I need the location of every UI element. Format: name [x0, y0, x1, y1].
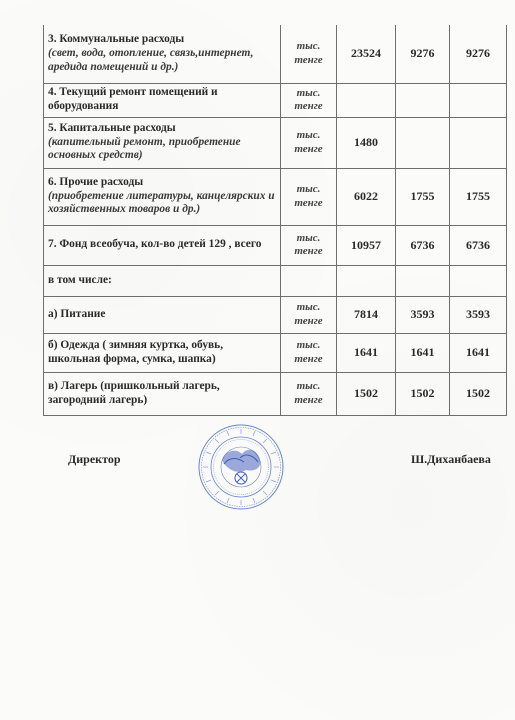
value-cell-1: 1480: [337, 117, 396, 168]
unit-line: тыс.: [297, 129, 321, 141]
value-cell-1: 1641: [337, 333, 396, 372]
value-cell-1: [337, 83, 396, 117]
value-cell-3: 6736: [450, 225, 507, 265]
value-cell-2: 1755: [396, 168, 450, 225]
table-row: 4. Текущий ремонт помещений и оборудован…: [44, 83, 507, 117]
row-label: 6. Прочие расходы (приобретение литерату…: [44, 168, 281, 225]
expense-table: 3. Коммунальные расходы (свет, вода, ото…: [43, 25, 507, 416]
value-cell-1: 7814: [337, 296, 396, 333]
unit-cell: тыс.тенге: [281, 25, 337, 83]
official-seal-icon: [196, 422, 286, 512]
unit-line: тенге: [294, 197, 322, 209]
value-cell-3: 1755: [450, 168, 507, 225]
row-label: а) Питание: [44, 296, 281, 333]
value-cell-2: 1502: [396, 372, 450, 415]
row-subtitle: (капительный ремонт, приобретение основн…: [48, 136, 276, 164]
value-cell-3: 1502: [450, 372, 507, 415]
value-cell-2: 6736: [396, 225, 450, 265]
value-cell-3: [450, 265, 507, 296]
unit-cell: тыс.тенге: [281, 372, 337, 415]
value-cell-2: 9276: [396, 25, 450, 83]
unit-line: тыс.: [297, 301, 321, 313]
director-name: Ш.Диханбаева: [411, 452, 491, 467]
unit-line: тенге: [294, 394, 322, 406]
value-cell-1: 6022: [337, 168, 396, 225]
table-row: 7. Фонд всеобуча, кол-во детей 129 , все…: [44, 225, 507, 265]
unit-cell: тыс.тенге: [281, 225, 337, 265]
unit-line: тенге: [294, 143, 322, 155]
unit-line: тыс.: [297, 40, 321, 52]
value-cell-1: 10957: [337, 225, 396, 265]
value-cell-3: 9276: [450, 25, 507, 83]
unit-line: тенге: [294, 245, 322, 257]
unit-line: тенге: [294, 315, 322, 327]
value-cell-2: 3593: [396, 296, 450, 333]
row-title: в) Лагерь (пришкольный лагерь, загородни…: [48, 380, 276, 408]
unit-cell: тыс.тенге: [281, 168, 337, 225]
unit-line: тыс.: [297, 87, 321, 99]
value-cell-3: [450, 83, 507, 117]
row-title: 3. Коммунальные расходы: [48, 33, 276, 47]
unit-cell: [281, 265, 337, 296]
value-cell-2: [396, 83, 450, 117]
unit-line: тенге: [294, 353, 322, 365]
director-label: Директор: [68, 452, 121, 467]
row-title: а) Питание: [48, 308, 276, 322]
value-cell-1: 1502: [337, 372, 396, 415]
unit-line: тыс.: [297, 380, 321, 392]
table-row: а) Питание тыс.тенге 7814 3593 3593: [44, 296, 507, 333]
unit-line: тенге: [294, 100, 322, 112]
row-title: 7. Фонд всеобуча, кол-во детей 129 , все…: [48, 238, 276, 252]
value-cell-2: 1641: [396, 333, 450, 372]
value-cell-3: 3593: [450, 296, 507, 333]
row-label: 5. Капитальные расходы (капительный ремо…: [44, 117, 281, 168]
unit-line: тыс.: [297, 339, 321, 351]
row-subtitle: (приобретение литературы, канцелярских и…: [48, 190, 276, 218]
row-label: в том числе:: [44, 265, 281, 296]
row-label: в) Лагерь (пришкольный лагерь, загородни…: [44, 372, 281, 415]
row-label: 7. Фонд всеобуча, кол-во детей 129 , все…: [44, 225, 281, 265]
value-cell-3: [450, 117, 507, 168]
value-cell-3: 1641: [450, 333, 507, 372]
row-label: б) Одежда ( зимняя куртка, обувь, школьн…: [44, 333, 281, 372]
unit-line: тыс.: [297, 232, 321, 244]
unit-cell: тыс.тенге: [281, 83, 337, 117]
row-title: 4. Текущий ремонт помещений и оборудован…: [48, 86, 276, 114]
unit-cell: тыс.тенге: [281, 333, 337, 372]
table-row: 5. Капитальные расходы (капительный ремо…: [44, 117, 507, 168]
unit-cell: тыс.тенге: [281, 296, 337, 333]
value-cell-1: [337, 265, 396, 296]
value-cell-2: [396, 117, 450, 168]
row-title: 5. Капитальные расходы: [48, 122, 276, 136]
unit-line: тенге: [294, 54, 322, 66]
row-label: 4. Текущий ремонт помещений и оборудован…: [44, 83, 281, 117]
table-row: в) Лагерь (пришкольный лагерь, загородни…: [44, 372, 507, 415]
table-row: в том числе:: [44, 265, 507, 296]
value-cell-1: 23524: [337, 25, 396, 83]
row-subtitle: (свет, вода, отопление, связь,интернет, …: [48, 47, 276, 75]
table-row: б) Одежда ( зимняя куртка, обувь, школьн…: [44, 333, 507, 372]
unit-cell: тыс.тенге: [281, 117, 337, 168]
table-row: 3. Коммунальные расходы (свет, вода, ото…: [44, 25, 507, 83]
table-row: 6. Прочие расходы (приобретение литерату…: [44, 168, 507, 225]
row-title: 6. Прочие расходы: [48, 176, 276, 190]
value-cell-2: [396, 265, 450, 296]
row-title: б) Одежда ( зимняя куртка, обувь, школьн…: [48, 339, 276, 367]
unit-line: тыс.: [297, 183, 321, 195]
row-label: 3. Коммунальные расходы (свет, вода, ото…: [44, 25, 281, 83]
row-title: в том числе:: [48, 274, 276, 288]
